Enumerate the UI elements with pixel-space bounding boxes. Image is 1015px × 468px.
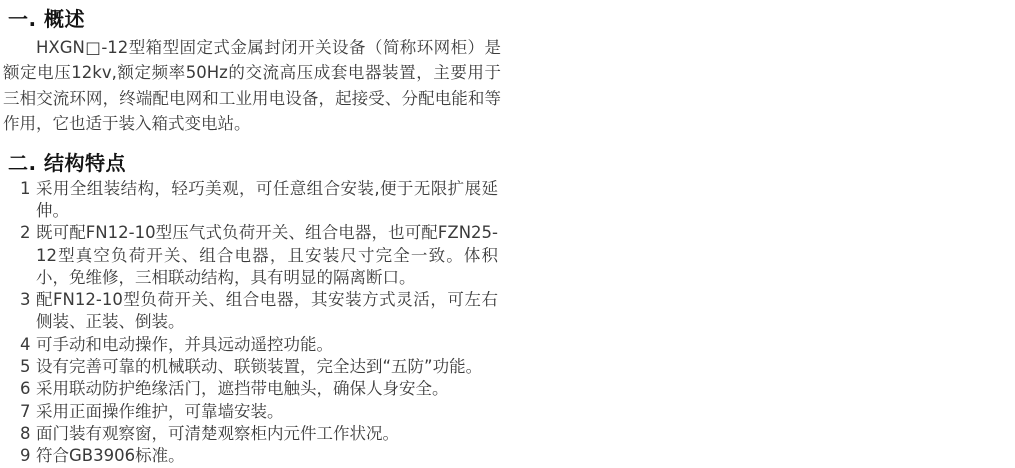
feature-item-text: 采用全组装结构，轻巧美观，可任意组合安装,便于无限扩展延伸。: [36, 178, 498, 223]
features-list: 1 采用全组装结构，轻巧美观，可任意组合安装,便于无限扩展延伸。 2 既可配FN…: [3, 178, 510, 468]
feature-item-text: 面门装有观察窗，可清楚观察柜内元件工作状况。: [36, 423, 498, 445]
feature-item-2: 2 既可配FN12-10型压气式负荷开关、组合电器，也可配FZN25-12型真空…: [20, 222, 510, 289]
feature-item-number: 9: [20, 445, 36, 467]
section-heading-overview: 一. 概述: [8, 6, 510, 32]
feature-item-number: 5: [20, 356, 36, 378]
feature-item-text: 设有完善可靠的机械联动、联锁装置，完全达到“五防”功能。: [36, 356, 498, 378]
feature-item-text: 既可配FN12-10型压气式负荷开关、组合电器，也可配FZN25-12型真空负荷…: [36, 222, 498, 289]
feature-item-5: 5 设有完善可靠的机械联动、联锁装置，完全达到“五防”功能。: [20, 356, 510, 378]
feature-item-1: 1 采用全组装结构，轻巧美观，可任意组合安装,便于无限扩展延伸。: [20, 178, 510, 223]
feature-item-text: 可手动和电动操作，并具远动遥控功能。: [36, 334, 498, 356]
feature-item-text: 符合GB3906标准。: [36, 445, 498, 467]
feature-item-text: 采用联动防护绝缘活门，遮挡带电触头，确保人身安全。: [36, 378, 498, 400]
feature-item-number: 3: [20, 289, 36, 311]
feature-item-number: 4: [20, 334, 36, 356]
feature-item-4: 4 可手动和电动操作，并具远动遥控功能。: [20, 334, 510, 356]
overview-paragraph: HXGN□-12型箱型固定式金属封闭开关设备（简称环网柜）是额定电压12kv,额…: [3, 35, 501, 137]
feature-item-text: 配FN12-10型负荷开关、组合电器，其安装方式灵活，可左右侧装、正装、倒装。: [36, 289, 498, 334]
feature-item-number: 6: [20, 378, 36, 400]
feature-item-3: 3 配FN12-10型负荷开关、组合电器，其安装方式灵活，可左右侧装、正装、倒装…: [20, 289, 510, 334]
feature-item-6: 6 采用联动防护绝缘活门，遮挡带电触头，确保人身安全。: [20, 378, 510, 400]
feature-item-number: 2: [20, 222, 36, 244]
section-heading-features: 二. 结构特点: [8, 150, 510, 176]
feature-item-number: 7: [20, 401, 36, 423]
feature-item-8: 8 面门装有观察窗，可清楚观察柜内元件工作状况。: [20, 423, 510, 445]
feature-item-7: 7 采用正面操作维护，可靠墙安装。: [20, 401, 510, 423]
feature-item-number: 8: [20, 423, 36, 445]
document-page: 一. 概述 HXGN□-12型箱型固定式金属封闭开关设备（简称环网柜）是额定电压…: [0, 0, 510, 467]
feature-item-text: 采用正面操作维护，可靠墙安装。: [36, 401, 498, 423]
feature-item-number: 1: [20, 178, 36, 200]
feature-item-9: 9 符合GB3906标准。: [20, 445, 510, 467]
